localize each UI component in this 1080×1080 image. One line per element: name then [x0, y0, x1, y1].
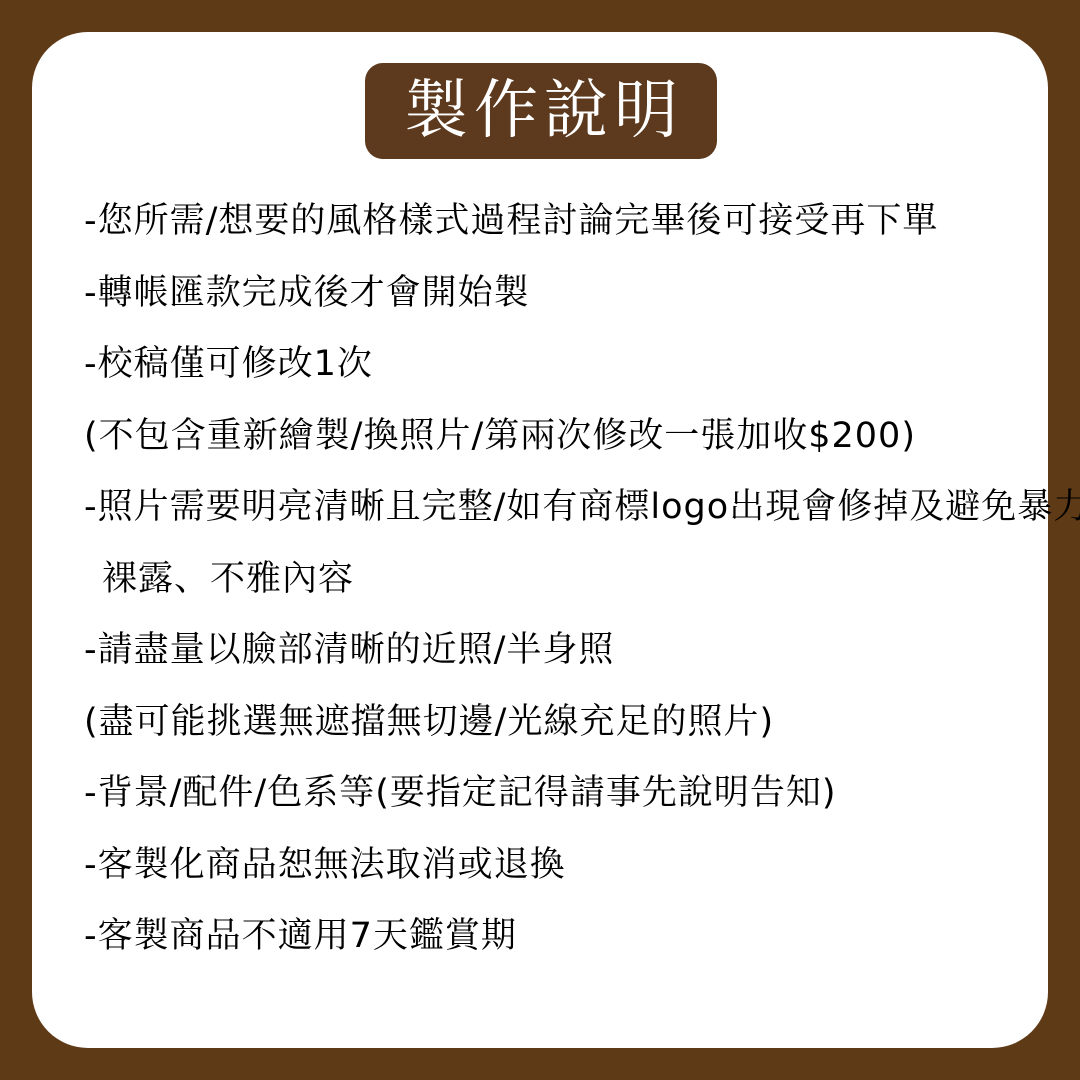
instruction-line: -轉帳匯款完成後才會開始製 [84, 258, 1028, 330]
instruction-line: -校稿僅可修改1次 [84, 329, 1028, 401]
instruction-line: -照片需要明亮清晰且完整/如有商標logo出現會修掉及避免暴力、 [84, 472, 1028, 544]
instruction-line: (盡可能挑選無遮擋無切邊/光線充足的照片) [84, 687, 1028, 759]
page-title: 製作說明 [398, 79, 684, 143]
instruction-line: -客製商品不適用7天鑑賞期 [84, 901, 1028, 973]
instructions-list: -您所需/想要的風格樣式過程討論完畢後可接受再下單 -轉帳匯款完成後才會開始製 … [84, 186, 1028, 973]
instruction-line-continuation: 裸露、不雅內容 [84, 544, 1028, 616]
instruction-line: -客製化商品恕無法取消或退換 [84, 830, 1028, 902]
instruction-line: -背景/配件/色系等(要指定記得請事先說明告知) [84, 758, 1028, 830]
instruction-line: (不包含重新繪製/換照片/第兩次修改一張加收$200) [84, 401, 1028, 473]
instruction-line: -您所需/想要的風格樣式過程討論完畢後可接受再下單 [84, 186, 1028, 258]
content-card: 製作說明 -您所需/想要的風格樣式過程討論完畢後可接受再下單 -轉帳匯款完成後才… [32, 32, 1048, 1048]
instruction-line: -請盡量以臉部清晰的近照/半身照 [84, 615, 1028, 687]
title-box: 製作說明 [365, 63, 717, 159]
